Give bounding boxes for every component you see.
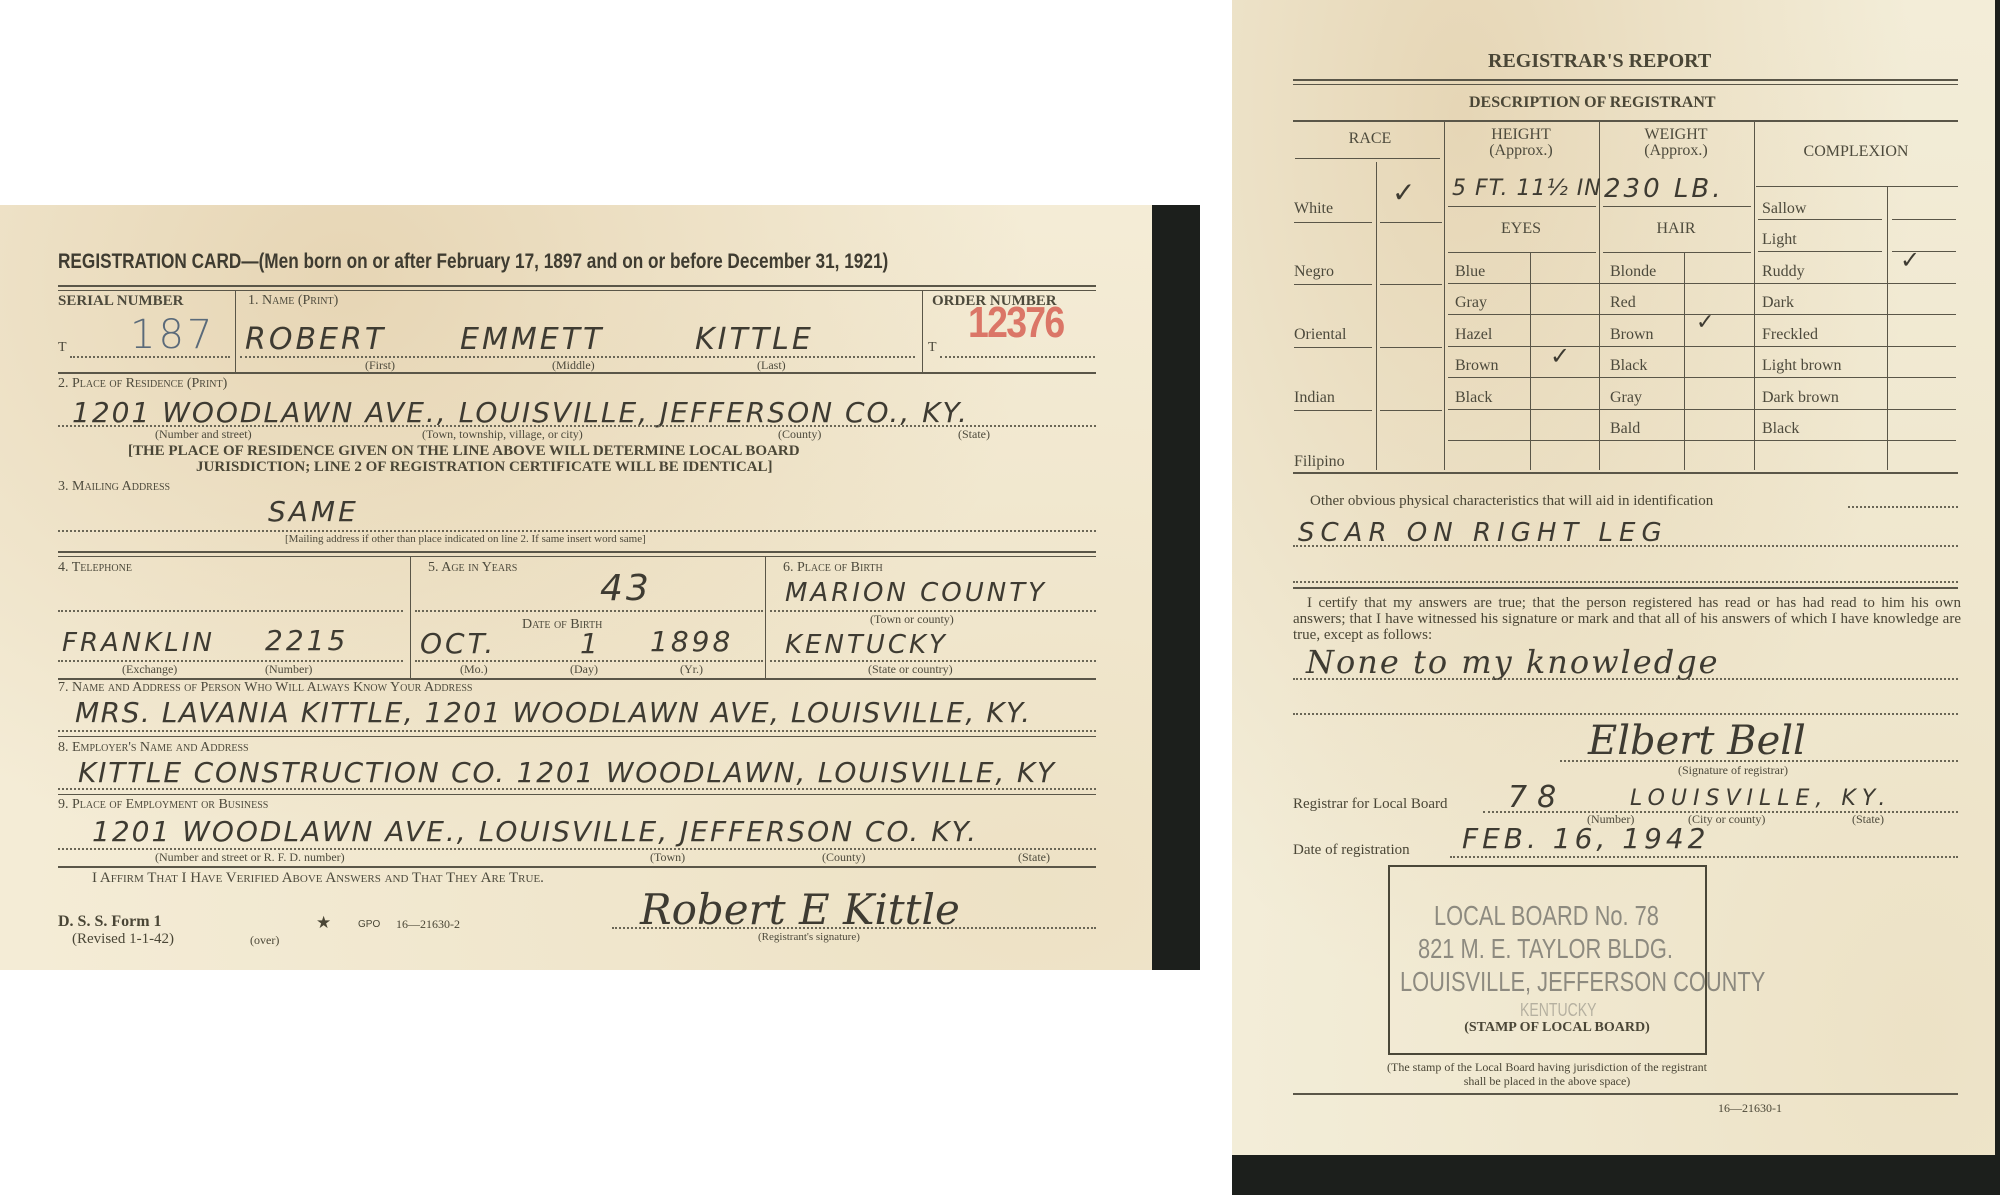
complexion-dark: Dark <box>1762 294 1794 312</box>
eyes-black: Black <box>1455 389 1492 407</box>
scan-edge-shadow-right <box>1995 0 2000 1195</box>
table-bottom-rule <box>1293 472 1958 474</box>
birth-town: MARION COUNTY <box>785 578 1047 608</box>
section-double-rule <box>58 551 1096 557</box>
order-line <box>940 356 1095 358</box>
header-race: RACE <box>1300 130 1440 148</box>
serial-number-label: SERIAL NUMBER <box>58 293 183 310</box>
caption-middle: (Middle) <box>552 358 595 373</box>
header-complexion: COMPLEXION <box>1756 143 1956 161</box>
signature-caption: (Registrant's signature) <box>758 931 860 943</box>
local-board-number: 78 <box>1508 780 1566 815</box>
row-rule <box>1448 283 1956 284</box>
employment-place-value: 1201 WOODLAWN AVE., LOUISVILLE, JEFFERSO… <box>92 815 978 848</box>
hair-brown: Brown <box>1610 326 1654 344</box>
scan-edge-shadow <box>1232 1155 2000 1195</box>
place-of-birth-label: 6. Place of Birth <box>783 560 883 576</box>
age-line <box>415 610 763 612</box>
contact-person-label: 7. Name and Address of Person Who Will A… <box>58 680 472 696</box>
mailing-address-value: SAME <box>268 495 359 528</box>
race-oriental: Oriental <box>1294 326 1346 344</box>
over-note: (over) <box>250 933 279 948</box>
residence-notice-1: [THE PLACE OF RESIDENCE GIVEN ON THE LIN… <box>128 443 800 460</box>
row-rule <box>58 372 1096 374</box>
employer-line <box>58 788 1096 790</box>
caption-day: (Day) <box>570 662 598 677</box>
title-double-rule <box>58 285 1096 291</box>
exceptions-value: None to my knowledge <box>1306 643 1720 681</box>
caption-rfd: (Number and street or R. F. D. number) <box>155 850 345 865</box>
caption-emp-county: (County) <box>822 850 865 865</box>
form-code: 16—21630-1 <box>1718 1101 1782 1116</box>
caption-month: (Mo.) <box>460 662 488 677</box>
row-rule <box>1758 219 1882 220</box>
eyes-brown: Brown <box>1455 357 1499 375</box>
section-rule <box>1293 587 1958 589</box>
mailing-caption: [Mailing address if other than place ind… <box>285 533 646 545</box>
stamp-line-4: KENTUCKY <box>1520 1000 1596 1021</box>
caption-state: (State) <box>958 427 990 442</box>
race-white: White <box>1294 200 1333 218</box>
name-first: ROBERT <box>245 322 386 357</box>
residence-label: 2. Place of Residence (Print) <box>58 376 227 392</box>
col-line <box>1599 122 1600 470</box>
gpo-label: GPO <box>358 919 380 930</box>
contact-person-value: MRS. LAVANIA KITTLE, 1201 WOODLAWN AVE, … <box>75 696 1031 729</box>
local-board-label: Registrar for Local Board <box>1293 796 1448 813</box>
caption-last: (Last) <box>757 358 786 373</box>
local-board-city-state: LOUISVILLE, KY. <box>1630 786 1891 811</box>
divider <box>922 290 923 372</box>
header-eyes: EYES <box>1446 220 1596 238</box>
caption-number: (Number) <box>265 662 312 677</box>
col-line <box>1376 162 1377 470</box>
age-value: 43 <box>600 568 652 609</box>
weight-value: 230 LB. <box>1604 174 1723 204</box>
employer-label: 8. Employer's Name and Address <box>58 740 249 756</box>
caption-year: (Yr.) <box>680 662 703 677</box>
col-line <box>1887 187 1888 470</box>
row-rule <box>1448 377 1956 378</box>
stamp-note-2: shall be placed in the above space) <box>1332 1074 1762 1089</box>
affirmation-text: I Affirm That I Have Verified Above Answ… <box>92 870 544 887</box>
serial-line <box>70 356 230 358</box>
row-rule <box>1448 440 1956 441</box>
birth-state: KENTUCKY <box>785 630 948 660</box>
row-rule <box>1448 409 1956 410</box>
caption-emp-town: (Town) <box>650 850 685 865</box>
complexion-light: Light <box>1762 231 1797 249</box>
telephone-line-2 <box>58 660 403 662</box>
telephone-exchange: FRANKLIN <box>62 628 215 658</box>
race-filipino: Filipino <box>1294 453 1345 471</box>
complexion-sallow: Sallow <box>1762 200 1806 218</box>
characteristics-line-1 <box>1293 545 1958 547</box>
stamp-line-3: LOUISVILLE, JEFFERSON COUNTY <box>1400 966 1765 998</box>
hair-gray: Gray <box>1610 389 1642 407</box>
row-rule <box>58 794 1096 795</box>
registrar-signature-line <box>1560 760 1958 762</box>
signature-line <box>612 927 1096 929</box>
footer-rule <box>1293 1093 1958 1095</box>
weight-rule <box>1603 206 1751 207</box>
stamp-caption: (STAMP OF LOCAL BOARD) <box>1422 1020 1692 1036</box>
registration-date-value: FEB. 16, 1942 <box>1462 822 1710 855</box>
employment-place-label: 9. Place of Employment or Business <box>58 797 268 813</box>
name-label: 1. Name (Print) <box>248 293 338 309</box>
dob-month: OCT. <box>420 627 496 660</box>
star-icon: ★ <box>316 913 331 933</box>
complexion-ruddy: Ruddy <box>1762 263 1805 281</box>
certification-text: I certify that my answers are true; that… <box>1293 595 1961 643</box>
hair-bald: Bald <box>1610 420 1640 438</box>
eyes-hazel: Hazel <box>1455 326 1492 344</box>
registrar-report-title: REGISTRAR'S REPORT <box>1488 50 1711 73</box>
other-characteristics-value: SCAR ON RIGHT LEG <box>1298 518 1668 548</box>
dob-year: 1898 <box>650 625 733 658</box>
caption-town-county: (Town or county) <box>870 612 954 627</box>
complexion-light-brown: Light brown <box>1762 357 1842 375</box>
race-rule <box>1294 284 1372 285</box>
residence-notice-2: JURISDICTION; LINE 2 OF REGISTRATION CER… <box>196 459 773 476</box>
header-hair: HAIR <box>1601 220 1751 238</box>
title-double-rule <box>1293 79 1958 85</box>
col-line <box>1684 253 1685 470</box>
hair-blonde: Blonde <box>1610 263 1656 281</box>
header-height-sub: (Approx.) <box>1446 142 1596 160</box>
age-label: 5. Age in Years <box>428 560 517 576</box>
caption-town: (Town, township, village, or city) <box>422 427 583 442</box>
serial-prefix: T <box>58 340 67 356</box>
col-line <box>1754 122 1755 470</box>
complexion-header-rule <box>1756 186 1958 187</box>
divider <box>765 556 766 678</box>
caption-first: (First) <box>365 358 395 373</box>
race-rule <box>1380 284 1442 285</box>
revised-date: (Revised 1-1-42) <box>72 931 174 948</box>
mailing-address-label: 3. Mailing Address <box>58 479 170 495</box>
card-title: REGISTRATION CARD—(Men born on or after … <box>58 250 888 274</box>
serial-number-value: 187 <box>130 312 215 358</box>
complexion-freckled: Freckled <box>1762 326 1818 344</box>
registration-date-label: Date of registration <box>1293 842 1410 859</box>
scan-edge-shadow <box>1152 205 1200 970</box>
order-prefix: T <box>928 340 937 356</box>
race-rule <box>1294 410 1372 411</box>
race-rule <box>1294 347 1372 348</box>
registrar-signature: Elbert Bell <box>1588 718 1806 764</box>
caption-exchange: (Exchange) <box>122 662 177 677</box>
row-rule <box>58 866 1096 868</box>
header-weight-sub: (Approx.) <box>1601 142 1751 160</box>
name-middle: EMMETT <box>460 322 604 357</box>
telephone-label: 4. Telephone <box>58 560 132 576</box>
employer-value: KITTLE CONSTRUCTION CO. 1201 WOODLAWN, L… <box>78 756 1056 789</box>
height-rule <box>1448 206 1596 207</box>
eyes-header-rule <box>1448 252 1596 253</box>
race-rule <box>1380 222 1442 223</box>
race-indian: Indian <box>1294 389 1335 407</box>
row-rule <box>1758 251 1882 252</box>
stamp-line-2: 821 M. E. TAYLOR BLDG. <box>1418 933 1673 965</box>
col-line <box>1530 253 1531 470</box>
caption-emp-state: (State) <box>1018 850 1050 865</box>
col-line <box>1444 122 1445 470</box>
row-rule <box>58 736 1096 737</box>
registration-date-line <box>1450 856 1958 858</box>
hair-header-rule <box>1603 252 1751 253</box>
stamp-note-1: (The stamp of the Local Board having jur… <box>1332 1060 1762 1075</box>
race-negro: Negro <box>1294 263 1334 281</box>
row-rule <box>1448 314 1956 315</box>
table-top-rule <box>1293 120 1958 122</box>
race-rule <box>1380 347 1442 348</box>
row-rule <box>1448 346 1956 347</box>
divider <box>235 290 236 372</box>
characteristics-line-2 <box>1293 581 1958 583</box>
hair-red: Red <box>1610 294 1636 312</box>
race-header-rule <box>1295 158 1440 159</box>
mailing-line <box>58 530 1096 532</box>
eyes-blue: Blue <box>1455 263 1485 281</box>
caption-state-country: (State or country) <box>868 662 953 677</box>
row-rule <box>1892 219 1956 220</box>
race-rule <box>1294 222 1372 223</box>
complexion-black: Black <box>1762 420 1799 438</box>
registrar-signature-caption: (Signature of registrar) <box>1678 763 1788 778</box>
other-characteristics-label: Other obvious physical characteristics t… <box>1310 493 1713 510</box>
race-rule <box>1380 410 1442 411</box>
caption-street: (Number and street) <box>155 427 252 442</box>
telephone-line-1 <box>58 610 403 612</box>
order-number-stamp: 12376 <box>968 298 1064 348</box>
telephone-number: 2215 <box>265 624 348 657</box>
divider <box>410 556 411 678</box>
caption-board-state: (State) <box>1852 812 1884 827</box>
dob-day: 1 <box>580 627 601 660</box>
contact-line <box>58 730 1096 732</box>
exceptions-line-1 <box>1293 678 1958 680</box>
check-icon-race-white: ✓ <box>1392 176 1415 209</box>
form-id: D. S. S. Form 1 <box>58 913 162 931</box>
stamp-line-1: LOCAL BOARD No. 78 <box>1434 900 1659 932</box>
height-value: 5 FT. 11½ IN <box>1452 176 1602 201</box>
complexion-dark-brown: Dark brown <box>1762 389 1839 407</box>
exceptions-line-2 <box>1293 713 1958 715</box>
eyes-gray: Gray <box>1455 294 1487 312</box>
gpo-code: 16—21630-2 <box>396 917 460 932</box>
description-subtitle: DESCRIPTION OF REGISTRANT <box>1469 94 1716 112</box>
caption-county: (County) <box>778 427 821 442</box>
name-last: KITTLE <box>695 322 814 357</box>
other-characteristics-dots <box>1848 506 1958 508</box>
hair-black: Black <box>1610 357 1647 375</box>
row-rule <box>1892 251 1956 252</box>
